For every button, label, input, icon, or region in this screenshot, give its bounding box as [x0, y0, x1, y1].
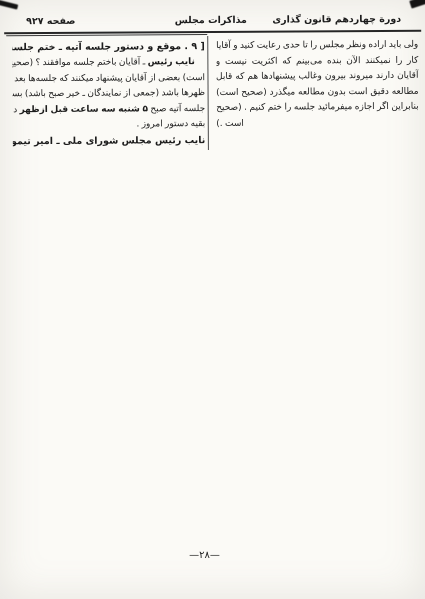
page-header: دورة چهاردهم قانون گذاری مذاکرات مجلس صف… [8, 14, 417, 27]
speaker-name: نایب رئیس [148, 57, 195, 67]
page-footer: —۲۸— [0, 550, 409, 561]
speaker-text: ـ آقایان باختم جلسه موافقند ؟ (صحیح [12, 57, 147, 68]
left-column: [ ۹ . موقع و دستور جلسه آتیه ـ ختم جلسه … [12, 39, 205, 150]
page-number: —۲۸— [189, 550, 220, 561]
next-session-time: ۵ شنبه سه ساعت قبل ازظهر [20, 104, 148, 115]
text-line: مطالعه دقیق است بدون مطالعه میگذرد (صحیح… [216, 84, 419, 101]
page-body: دورة چهاردهم قانون گذاری مذاکرات مجلس صف… [0, 0, 425, 1]
text-line: ولی باید اراده ونظر مجلس را تا حدی رعایت… [216, 38, 419, 55]
text-line: ظهرها باشد (جمعی از نمایندگان ـ خیر صبح … [13, 86, 206, 103]
scan-artifact-top-right [409, 0, 425, 9]
text-columns: ولی باید اراده ونظر مجلس را تا حدی رعایت… [12, 38, 419, 150]
header-page-label: صفحه ۹۲۷ [8, 15, 149, 27]
text-line: بقیه دستور امروز . [13, 117, 206, 134]
right-column: ولی باید اراده ونظر مجلس را تا حدی رعایت… [216, 38, 419, 149]
header-publication-title: مذاکرات مجلس [149, 15, 272, 27]
text-line: بنابراین اگر اجازه میفرمائید جلسه را ختم… [216, 100, 419, 117]
text-line: است) بعضی از آقایان پیشنهاد میکنند که جل… [12, 71, 205, 88]
next-session-lead: جلسه آتیه صبح [148, 104, 205, 114]
text-line: کار را نمیکنند الآن بنده می‌بینم که اکثر… [216, 53, 419, 70]
header-rule [4, 30, 421, 34]
section-heading: [ ۹ . موقع و دستور جلسه آتیه ـ ختم جلسه … [12, 39, 205, 56]
header-rule-secondary [6, 34, 207, 36]
text-line: است .) [216, 115, 419, 132]
next-session-tail: دستور هم [12, 105, 19, 115]
text-line: آقایان دارند میروند بیرون وغالب پیشنهاده… [216, 69, 419, 86]
signature-line: نایب رئیس مجلس شورای ملی ـ امیر تیمور [13, 133, 206, 151]
scan-artifact-top-left [0, 0, 18, 10]
text-line: نایب رئیس ـ آقایان باختم جلسه موافقند ؟ … [12, 55, 205, 72]
scanned-proceedings-page: دورة چهاردهم قانون گذاری مذاکرات مجلس صف… [0, 0, 425, 599]
text-line: جلسه آتیه صبح ۵ شنبه سه ساعت قبل ازظهر د… [13, 102, 206, 119]
header-session-title: دورة چهاردهم قانون گذاری [272, 14, 417, 26]
